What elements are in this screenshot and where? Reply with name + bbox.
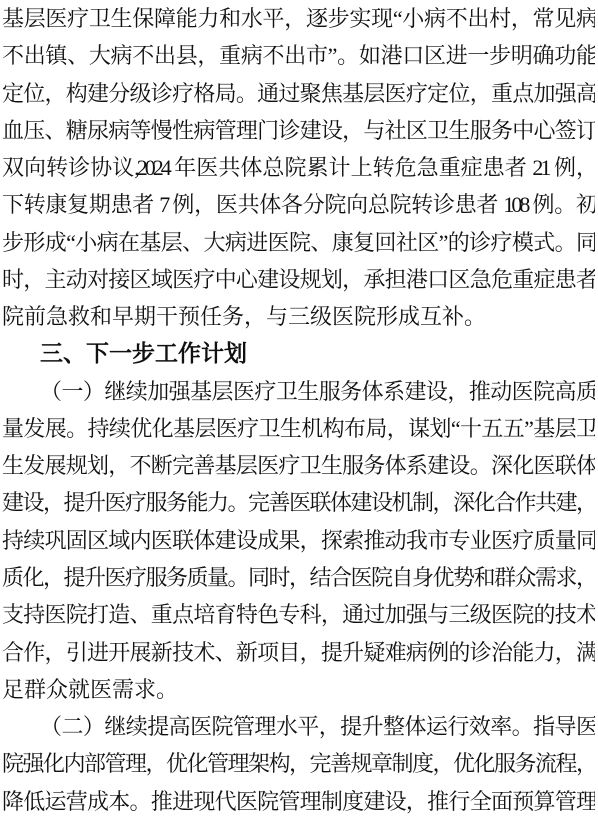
text-line: 持续巩固区域内医联体建设成果，探索推动我市专业医疗质量同 [2, 522, 595, 559]
text-line: 双向转诊协议,2024 年医共体总院累计上转危急重症患者 21 例， [2, 149, 595, 186]
text-line: 足群众就医需求。 [2, 671, 595, 708]
text-line: 量发展。持续优化基层医疗卫生机构布局，谋划“十五五”基层卫 [2, 410, 595, 447]
text-line: 建设，提升医疗服务能力。完善医联体建设机制，深化合作共建， [2, 484, 595, 521]
section-heading: 三、下一步工作计划 [2, 335, 595, 372]
text-line: 支持医院打造、重点培育特色专科，通过加强与三级医院的技术 [2, 596, 595, 633]
text-line: 下转康复期患者 7 例，医共体各分院向总院转诊患者 108 例。初 [2, 186, 595, 223]
text-line: 血压、糖尿病等慢性病管理门诊建设，与社区卫生服务中心签订 [2, 112, 595, 149]
text-line-paragraph-start: （一）继续加强基层医疗卫生服务体系建设，推动医院高质 [2, 373, 595, 410]
text-line: 院前急救和早期干预任务，与三级医院形成互补。 [2, 298, 595, 335]
text-line-paragraph-start: （二）继续提高医院管理水平，提升整体运行效率。指导医 [2, 708, 595, 745]
text-line: 合作，引进开展新技术、新项目，提升疑难病例的诊治能力，满 [2, 634, 595, 671]
text-line: 基层医疗卫生保障能力和水平，逐步实现“小病不出村，常见病 [2, 0, 595, 37]
text-line: 降低运营成本。推进现代医院管理制度建设，推行全面预算管理 [2, 783, 595, 820]
text-line: 定位，构建分级诊疗格局。通过聚焦基层医疗定位，重点加强高 [2, 75, 595, 112]
text-line: 时，主动对接区域医疗中心建设规划，承担港口区急危重症患者 [2, 261, 595, 298]
text-line: 不出镇、大病不出县，重病不出市”。如港口区进一步明确功能 [2, 37, 595, 74]
text-line: 院强化内部管理，优化管理架构，完善规章制度，优化服务流程， [2, 745, 595, 782]
document-page: 基层医疗卫生保障能力和水平，逐步实现“小病不出村，常见病 不出镇、大病不出县，重… [0, 0, 598, 820]
text-line: 质化，提升医疗服务质量。同时，结合医院自身优势和群众需求， [2, 559, 595, 596]
text-line: 步形成“小病在基层、大病进医院、康复回社区”的诊疗模式。同 [2, 224, 595, 261]
text-line: 生发展规划，不断完善基层医疗卫生服务体系建设。深化医联体 [2, 447, 595, 484]
